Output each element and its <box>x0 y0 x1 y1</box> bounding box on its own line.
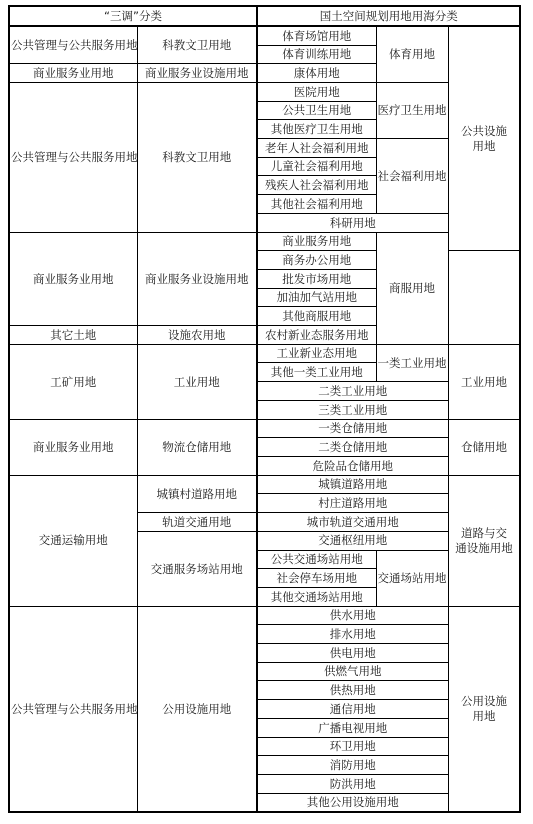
sandiao-level1: 公共管理与公共服务用地 <box>9 26 137 63</box>
planning-level1: 工业用地 <box>448 344 520 419</box>
planning-level2: 供电用地 <box>257 644 448 663</box>
sandiao-level2: 交通服务场站用地 <box>137 531 257 606</box>
header-row: “三调”分类 国土空间规划用地用海分类 <box>9 6 520 26</box>
sandiao-level2: 轨道交通用地 <box>137 513 257 532</box>
sandiao-level1: 工矿用地 <box>9 344 137 419</box>
planning-level2: 二类仓储用地 <box>257 438 448 457</box>
planning-level3: 社会停车场用地 <box>257 569 376 588</box>
planning-level2: 排水用地 <box>257 625 448 644</box>
planning-level1: 仓储用地 <box>448 419 520 475</box>
planning-level2: 一类工业用地 <box>376 344 448 381</box>
planning-level2: 社会福利用地 <box>376 139 448 214</box>
planning-level1: 公用设施用地 <box>448 606 520 812</box>
planning-level3: 其他商服用地 <box>257 307 376 326</box>
planning-level3: 商务办公用地 <box>257 251 376 270</box>
table-row: 商业服务业用地 商业服务业设施用地 商业服务用地 商服用地 <box>9 232 520 251</box>
planning-level2: 交通场站用地 <box>376 550 448 606</box>
planning-level2: 通信用地 <box>257 700 448 719</box>
table-row: 公共管理与公共服务用地 科教文卫用地 医院用地 医疗卫生用地 <box>9 82 520 101</box>
sandiao-level1: 公共管理与公共服务用地 <box>9 606 137 812</box>
planning-level2: 体育用地 <box>376 26 448 82</box>
planning-level2: 村庄道路用地 <box>257 494 448 513</box>
table-row: 商业服务业用地 物流仓储用地 一类仓储用地 仓储用地 <box>9 419 520 438</box>
sandiao-level2: 商业服务业设施用地 <box>137 232 257 326</box>
planning-level2: 科研用地 <box>257 213 448 232</box>
planning-level2: 供热用地 <box>257 681 448 700</box>
sandiao-level2: 公用设施用地 <box>137 606 257 812</box>
sandiao-level1: 交通运输用地 <box>9 475 137 606</box>
planning-level2: 消防用地 <box>257 756 448 775</box>
planning-level3: 其他一类工业用地 <box>257 363 376 382</box>
planning-level2: 城镇道路用地 <box>257 475 448 494</box>
planning-level3: 加油加气站用地 <box>257 288 376 307</box>
planning-level1: 公共设施用地 <box>448 26 520 250</box>
sandiao-level2: 科教文卫用地 <box>137 26 257 63</box>
planning-level3: 体育场馆用地 <box>257 26 376 45</box>
sandiao-level2: 工业用地 <box>137 344 257 419</box>
table-row: 交通运输用地 城镇村道路用地 城镇道路用地 道路与交通设施用地 <box>9 475 520 494</box>
planning-level3: 其他社会福利用地 <box>257 195 376 214</box>
land-use-classification-table: “三调”分类 国土空间规划用地用海分类 公共管理与公共服务用地 科教文卫用地 体… <box>8 5 521 813</box>
planning-level3: 工业新业态用地 <box>257 344 376 363</box>
planning-level3: 其他交通场站用地 <box>257 587 376 606</box>
table-row: 工矿用地 工业用地 工业新业态用地 一类工业用地 工业用地 <box>9 344 520 363</box>
planning-level2: 危险品仓储用地 <box>257 457 448 476</box>
planning-level3: 儿童社会福利用地 <box>257 157 376 176</box>
planning-level2: 环卫用地 <box>257 737 448 756</box>
planning-level2: 供燃气用地 <box>257 662 448 681</box>
planning-level3: 老年人社会福利用地 <box>257 139 376 158</box>
table-row: 公共管理与公共服务用地 公用设施用地 供水用地 公用设施用地 <box>9 606 520 625</box>
planning-level3: 公共交通场站用地 <box>257 550 376 569</box>
planning-level2: 三类工业用地 <box>257 400 448 419</box>
planning-level2: 其他公用设施用地 <box>257 793 448 812</box>
planning-level2: 医疗卫生用地 <box>376 82 448 138</box>
planning-level3: 康体用地 <box>257 64 376 83</box>
planning-level3: 残疾人社会福利用地 <box>257 176 376 195</box>
planning-level3: 商业服务用地 <box>257 232 376 251</box>
sandiao-level1: 其它土地 <box>9 326 137 345</box>
sandiao-level2: 物流仓储用地 <box>137 419 257 475</box>
planning-level2: 供水用地 <box>257 606 448 625</box>
planning-level2: 城市轨道交通用地 <box>257 513 448 532</box>
header-sandiao: “三调”分类 <box>9 6 257 26</box>
sandiao-level1: 商业服务业用地 <box>9 232 137 326</box>
sandiao-level1: 商业服务业用地 <box>9 64 137 83</box>
planning-level2: 广播电视用地 <box>257 718 448 737</box>
planning-level3: 体育训练用地 <box>257 45 376 64</box>
planning-level2: 交通枢纽用地 <box>257 531 448 550</box>
planning-level2: 一类仓储用地 <box>257 419 448 438</box>
planning-level3: 公共卫生用地 <box>257 101 376 120</box>
planning-level2: 二类工业用地 <box>257 382 448 401</box>
planning-level3: 医院用地 <box>257 82 376 101</box>
sandiao-level2: 科教文卫用地 <box>137 82 257 232</box>
planning-level3: 其他医疗卫生用地 <box>257 120 376 139</box>
planning-level2: 商服用地 <box>376 232 448 344</box>
planning-level3: 批发市场用地 <box>257 269 376 288</box>
sandiao-level2: 城镇村道路用地 <box>137 475 257 512</box>
planning-level3: 农村新业态服务用地 <box>257 326 376 345</box>
table-row: 公共管理与公共服务用地 科教文卫用地 体育场馆用地 体育用地 公共设施用地 <box>9 26 520 45</box>
planning-level1: 道路与交通设施用地 <box>448 475 520 606</box>
sandiao-level1: 商业服务业用地 <box>9 419 137 475</box>
planning-level2: 防洪用地 <box>257 774 448 793</box>
sandiao-level2: 设施农用地 <box>137 326 257 345</box>
sandiao-level1: 公共管理与公共服务用地 <box>9 82 137 232</box>
header-spatial-planning: 国土空间规划用地用海分类 <box>257 6 520 26</box>
sandiao-level2: 商业服务业设施用地 <box>137 64 257 83</box>
